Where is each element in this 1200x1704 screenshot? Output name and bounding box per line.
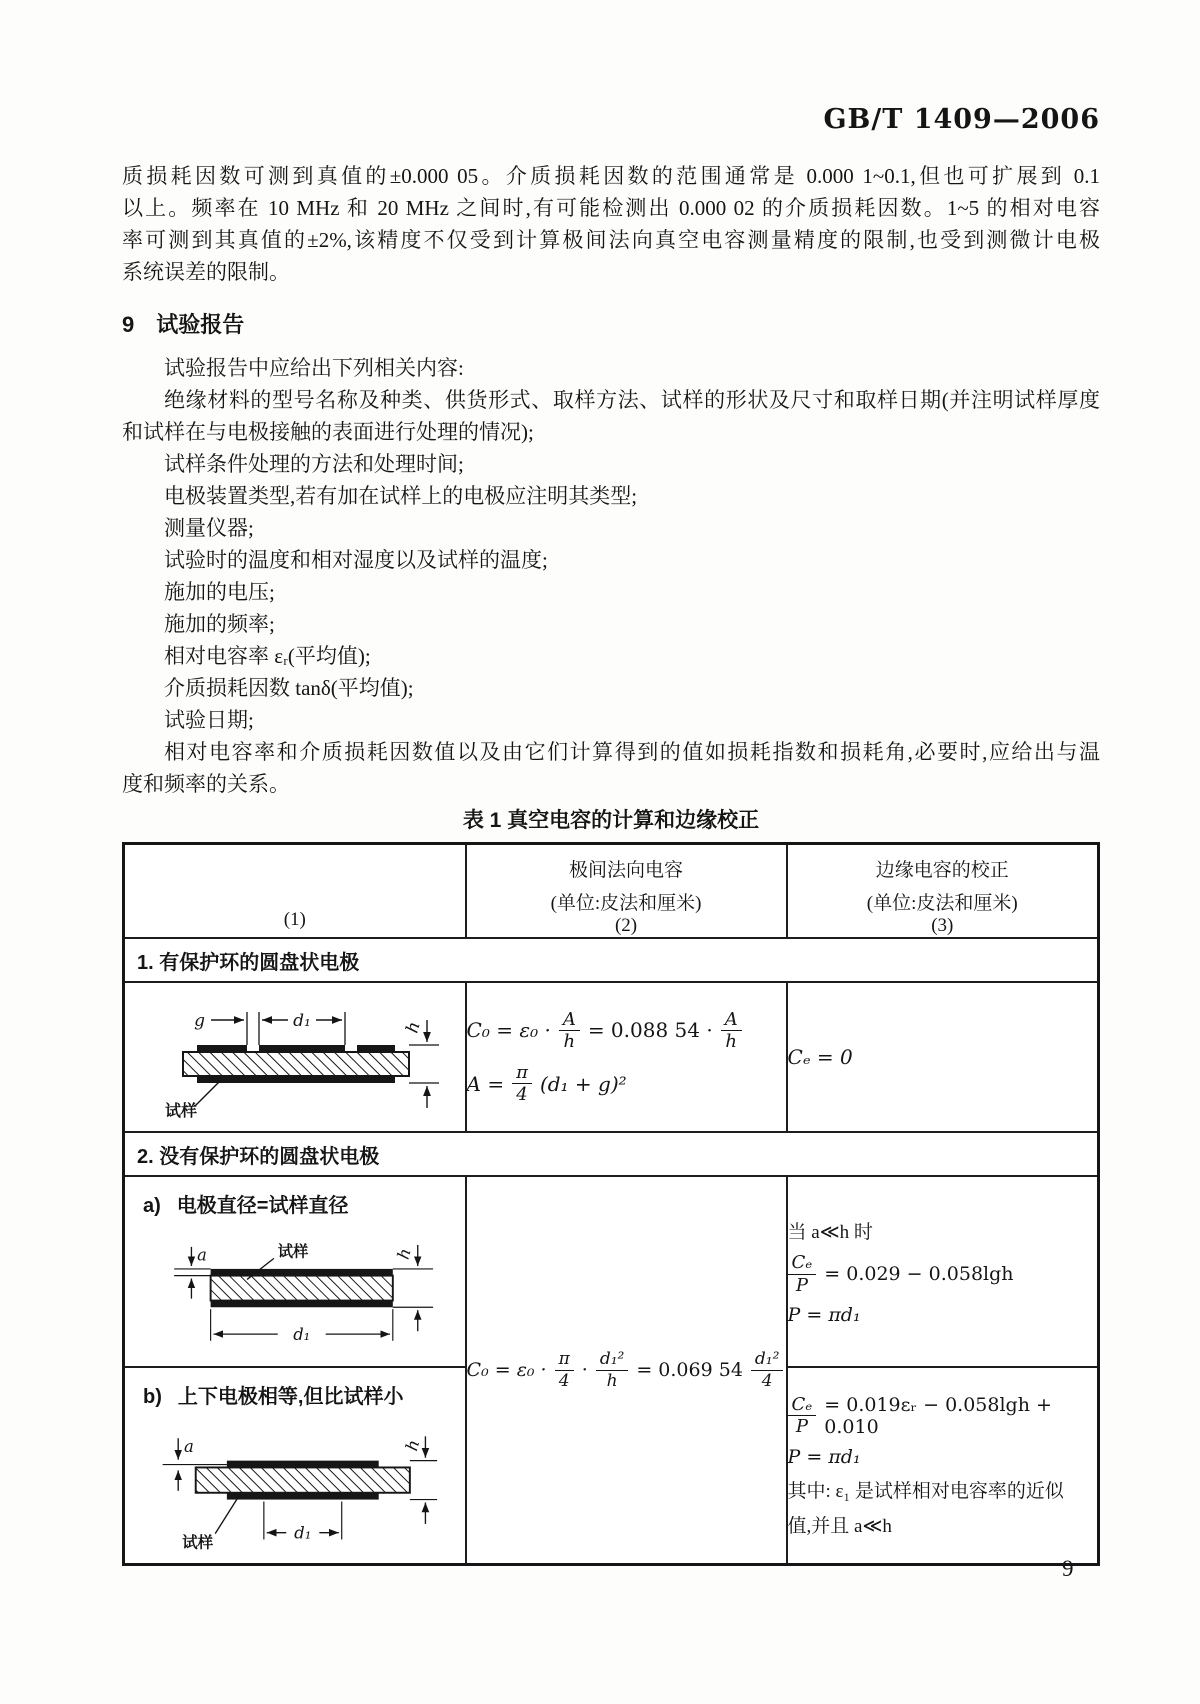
bottom-electrode bbox=[210, 1301, 392, 1308]
guard-ring-left bbox=[197, 1045, 247, 1052]
report-item: 相对电容率和介质损耗因数值以及由它们计算得到的值如损耗指数和损耗角,必要时,应给… bbox=[122, 736, 1100, 768]
section2-heading-row: 2. 没有保护环的圆盘状电极 bbox=[124, 1132, 1099, 1176]
report-item: 试验日期; bbox=[122, 704, 1100, 736]
table-caption: 表 1 真空电容的计算和边缘校正 bbox=[122, 804, 1100, 834]
equal-diameter-diagram: a 试样 h d₁ bbox=[145, 1220, 445, 1360]
report-item: 试验报告中应给出下列相关内容: bbox=[122, 352, 1100, 384]
h-label: h bbox=[402, 1020, 424, 1036]
edge-capacitance-zero: Cₑ = 0 bbox=[788, 1045, 1097, 1069]
item-a-heading: a)电极直径=试样直径 bbox=[125, 1177, 465, 1220]
top-electrode bbox=[227, 1461, 379, 1468]
h-extension-lines bbox=[409, 1045, 439, 1083]
report-item: 介质损耗因数 tanδ(平均值); bbox=[122, 672, 1100, 704]
d1-label: d₁ bbox=[293, 1325, 310, 1344]
condition-text: 当 a≪h 时 bbox=[788, 1217, 1097, 1244]
guarded-electrode-diagram-cell: g d₁ h 试样 bbox=[124, 982, 466, 1132]
specimen-label: 试样 bbox=[165, 1101, 197, 1120]
bottom-electrode bbox=[227, 1493, 379, 1500]
fraction: d₁²h bbox=[596, 1349, 629, 1390]
section2-row-a: a)电极直径=试样直径 bbox=[124, 1176, 1099, 1367]
specimen-slab bbox=[210, 1276, 392, 1301]
report-item: 绝缘材料的型号名称及种类、供货形式、取样方法、试样的形状及尺寸和取样日期(并注明… bbox=[122, 384, 1100, 416]
column-unit-3: (单位:皮法和厘米) bbox=[867, 888, 1018, 915]
section-number: 9 bbox=[122, 312, 134, 337]
standard-number: GB/T 1409—2006 bbox=[823, 104, 1100, 135]
column-number-1: (1) bbox=[284, 909, 306, 931]
edge-correction-formula-a: CₑP = 0.029 − 0.058lgh bbox=[788, 1252, 1097, 1295]
measuring-electrode bbox=[259, 1045, 345, 1052]
intro-line: 系统误差的限制。 bbox=[122, 256, 1100, 288]
h-label: h bbox=[393, 1246, 414, 1261]
fraction: CₑP bbox=[788, 1252, 817, 1295]
column-number-2: (2) bbox=[615, 915, 637, 937]
table-vacuum-capacitance: (1) 极间法向电容 (单位:皮法和厘米) (2) 边缘电容的校正 (单位:皮法… bbox=[122, 842, 1100, 1566]
fraction: CₑP bbox=[788, 1394, 817, 1437]
column-number-3: (3) bbox=[931, 915, 953, 937]
fraction: Ah bbox=[721, 1009, 742, 1052]
d1-label: d₁ bbox=[294, 1524, 311, 1543]
column-unit-2: (单位:皮法和厘米) bbox=[551, 888, 702, 915]
h-extension-lines bbox=[393, 1269, 433, 1307]
section1-formula-cell: C₀ = ε₀ · Ah = 0.088 54 · Ah A = π4 (d₁ … bbox=[466, 982, 787, 1132]
a-extension-lines bbox=[174, 1269, 210, 1276]
h-extension-lines bbox=[410, 1461, 437, 1500]
formula-c0-unguarded: C₀ = ε₀ · π4 · d₁²h = 0.069 54 d₁²4 bbox=[467, 1349, 786, 1390]
report-item: 相对电容率 εᵣ(平均值); bbox=[122, 640, 1100, 672]
intro-paragraph: 质损耗因数可测到真值的±0.000 05。介质损耗因数的范围通常是 0.000 … bbox=[122, 160, 1100, 288]
a-label: a bbox=[184, 1437, 194, 1456]
a-label: a bbox=[197, 1245, 207, 1264]
report-item: 测量仪器; bbox=[122, 512, 1100, 544]
perimeter-formula-a: P = πd₁ bbox=[788, 1304, 1097, 1326]
section2-formula-cell: C₀ = ε₀ · π4 · d₁²h = 0.069 54 d₁²4 bbox=[466, 1176, 787, 1565]
table-header-row: (1) 极间法向电容 (单位:皮法和厘米) (2) 边缘电容的校正 (单位:皮法… bbox=[124, 844, 1099, 939]
fraction: π4 bbox=[512, 1062, 532, 1105]
fraction: d₁²4 bbox=[751, 1349, 784, 1390]
fraction: Ah bbox=[559, 1009, 580, 1052]
specimen-label: 试样 bbox=[278, 1242, 309, 1260]
document-page: GB/T 1409—2006 质损耗因数可测到真值的±0.000 05。介质损耗… bbox=[0, 0, 1200, 1704]
intro-line: 以上。频率在 10 MHz 和 20 MHz 之间时,有可能检测出 0.000 … bbox=[122, 192, 1100, 224]
gap-label: g bbox=[194, 1011, 205, 1031]
guarded-electrode-diagram: g d₁ h 试样 bbox=[145, 988, 445, 1120]
report-item: 试样条件处理的方法和处理时间; bbox=[122, 448, 1100, 480]
header-cell-3: 边缘电容的校正 (单位:皮法和厘米) (3) bbox=[787, 844, 1099, 939]
section-title: 试验报告 bbox=[156, 312, 244, 337]
section-heading: 9试验报告 bbox=[122, 308, 244, 339]
report-item-continuation: 度和频率的关系。 bbox=[122, 768, 1100, 800]
correction-b-cell: CₑP = 0.019εᵣ − 0.058lgh + 0.010 P = πd₁… bbox=[787, 1367, 1099, 1565]
intro-line: 质损耗因数可测到真值的±0.000 05。介质损耗因数的范围通常是 0.000 … bbox=[122, 160, 1100, 192]
header-cell-1: (1) bbox=[124, 844, 466, 939]
fraction: π4 bbox=[555, 1349, 574, 1390]
intro-line: 率可测到其真值的±2%,该精度不仅受到计算极间法向真空电容测量精度的限制,也受到… bbox=[122, 224, 1100, 256]
top-electrode bbox=[210, 1269, 392, 1276]
note-line-1: 其中: ε₁ 是试样相对电容率的近似 bbox=[788, 1476, 1097, 1503]
specimen-slab bbox=[195, 1467, 409, 1492]
report-item: 电极装置类型,若有加在试样上的电极应注明其类型; bbox=[122, 480, 1100, 512]
section1-content-row: g d₁ h 试样 C₀ = ε₀ · Ah bbox=[124, 982, 1099, 1132]
report-item: 试验时的温度和相对湿度以及试样的温度; bbox=[122, 544, 1100, 576]
column-title-3: 边缘电容的校正 bbox=[876, 855, 1009, 882]
page-number: 9 bbox=[1062, 1556, 1074, 1582]
specimen-slab bbox=[183, 1052, 409, 1076]
report-item: 施加的频率; bbox=[122, 608, 1100, 640]
section1-heading-row: 1. 有保护环的圆盘状电极 bbox=[124, 938, 1099, 982]
item-b-heading: b)上下电极相等,但比试样小 bbox=[125, 1368, 465, 1411]
column-title-2: 极间法向电容 bbox=[569, 855, 683, 882]
note-line-2: 值,并且 a≪h bbox=[788, 1511, 1097, 1538]
report-item-continuation: 和试样在与电极接触的表面进行处理的情况); bbox=[122, 416, 1100, 448]
guard-ring-right bbox=[357, 1045, 395, 1052]
specimen-leader-line bbox=[215, 1497, 238, 1534]
perimeter-formula-b: P = πd₁ bbox=[788, 1446, 1097, 1468]
report-item-list: 试验报告中应给出下列相关内容: 绝缘材料的型号名称及种类、供货形式、取样方法、试… bbox=[122, 352, 1100, 800]
section1-heading: 1. 有保护环的圆盘状电极 bbox=[124, 938, 1099, 982]
bottom-electrode bbox=[197, 1076, 395, 1083]
section1-edge-cell: Cₑ = 0 bbox=[787, 982, 1099, 1132]
smaller-electrode-diagram: a 试样 h d₁ bbox=[145, 1411, 445, 1557]
formula-area: A = π4 (d₁ + g)² bbox=[467, 1062, 786, 1105]
correction-a-cell: 当 a≪h 时 CₑP = 0.029 − 0.058lgh P = πd₁ bbox=[787, 1176, 1099, 1367]
header-cell-2: 极间法向电容 (单位:皮法和厘米) (2) bbox=[466, 844, 787, 939]
specimen-label: 试样 bbox=[182, 1532, 214, 1551]
d1-label: d₁ bbox=[293, 1011, 311, 1031]
report-item: 施加的电压; bbox=[122, 576, 1100, 608]
h-label: h bbox=[402, 1438, 423, 1453]
section2-heading: 2. 没有保护环的圆盘状电极 bbox=[124, 1132, 1099, 1176]
diagram-b-cell: b)上下电极相等,但比试样小 bbox=[124, 1367, 466, 1565]
edge-correction-formula-b: CₑP = 0.019εᵣ − 0.058lgh + 0.010 bbox=[788, 1394, 1097, 1438]
diagram-a-cell: a)电极直径=试样直径 bbox=[124, 1176, 466, 1367]
formula-c0-guarded: C₀ = ε₀ · Ah = 0.088 54 · Ah bbox=[467, 1009, 786, 1052]
